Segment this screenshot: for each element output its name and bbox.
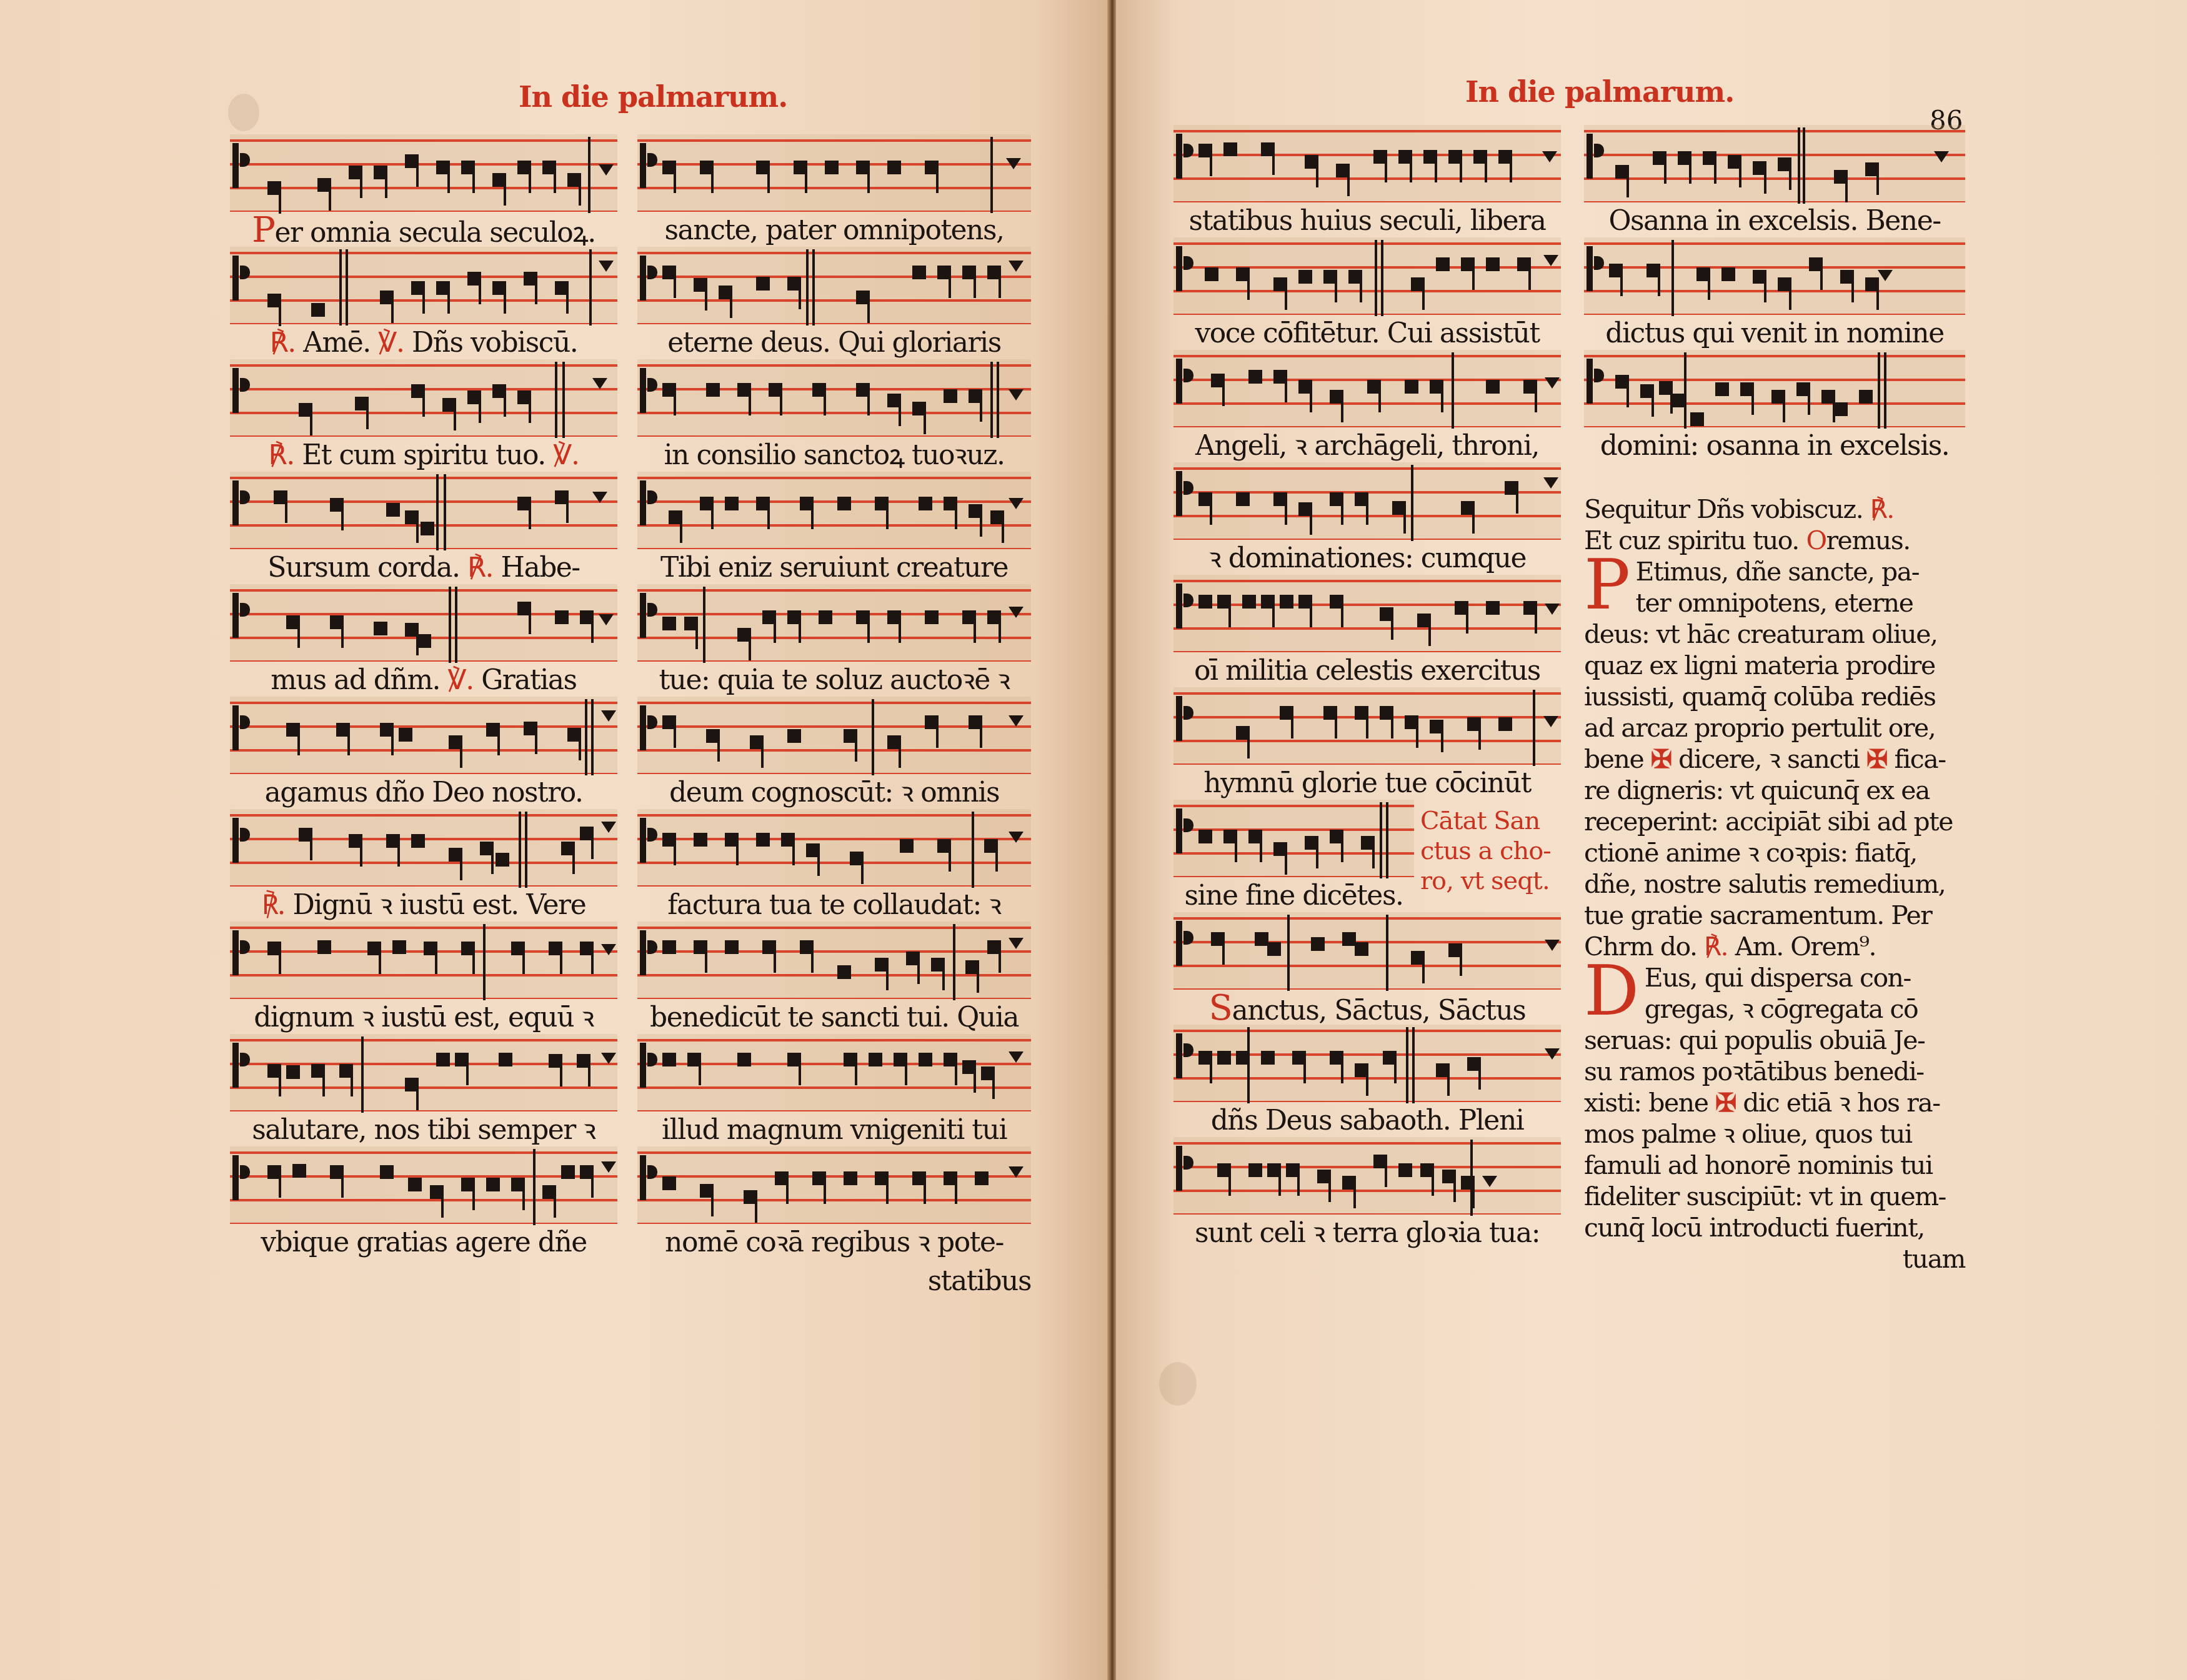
note-icon: [1330, 492, 1343, 506]
prose-line: Chrm do. ℟. Am. Orem⁹.: [1584, 931, 1965, 962]
chant-block: voce cōfitētur. Cui assistūt: [1173, 237, 1561, 350]
note-icon: [567, 173, 581, 187]
note-icon: [925, 715, 939, 729]
note-icon: [517, 497, 531, 510]
note-icon: [931, 958, 945, 972]
c-clef-icon: [232, 593, 255, 638]
note-icon: [1217, 1163, 1231, 1177]
note-icon: [1317, 1170, 1331, 1183]
note-icon: [875, 497, 889, 510]
note-icon: [517, 161, 531, 174]
c-clef-icon: [640, 593, 662, 638]
c-clef-icon: [232, 705, 255, 750]
note-icon: [1236, 726, 1250, 740]
prose-line: Et cuz spiritu tuo. Oremus.: [1584, 525, 1965, 556]
prose-line: cunq̄ locū introducti fuerint,: [1584, 1212, 1965, 1243]
c-clef-icon: [232, 368, 255, 413]
note-icon: [887, 610, 901, 624]
chant-block: hymnū glorie tue cōcinūt: [1173, 687, 1561, 800]
chant-block: ℟. Amē. ℣. Dñs vobiscū.: [230, 247, 617, 359]
note-icon: [812, 1171, 826, 1185]
staff: [230, 472, 617, 549]
bar-line: [589, 249, 592, 326]
staff: [637, 922, 1031, 999]
note-icon: [1430, 380, 1443, 394]
note-icon: [392, 940, 406, 954]
custos-icon: [1009, 832, 1024, 843]
lyric-line: hymnū glorie tue cōcinūt: [1173, 767, 1561, 800]
staff: [1584, 350, 1965, 427]
lyric-line: Sanctus, Sāctus, Sāctus: [1173, 992, 1561, 1025]
note-icon: [421, 522, 434, 535]
note-icon: [987, 940, 1001, 954]
note-icon: [405, 1078, 419, 1091]
note-icon: [436, 161, 450, 174]
bar-line: [1375, 240, 1377, 316]
lyric-line: sancte, pater omnipotens,: [637, 214, 1031, 247]
lyric-line: deum cognoscūt: ꝛ omnis: [637, 777, 1031, 809]
note-icon: [1367, 380, 1381, 394]
note-icon: [762, 610, 776, 624]
custos-icon: [1543, 255, 1558, 266]
c-clef-icon: [232, 1155, 255, 1200]
stain: [1159, 1362, 1197, 1406]
staff: [637, 359, 1031, 437]
lyric-text: dignum ꝛ iustū est, equū ꝛ: [254, 1002, 594, 1033]
c-clef-icon: [640, 256, 662, 301]
note-icon: [374, 622, 387, 635]
note-icon: [349, 834, 362, 848]
staff: [230, 359, 617, 437]
note-icon: [787, 1053, 801, 1066]
note-icon: [511, 942, 525, 955]
cross-icon: ✠: [1715, 1088, 1736, 1118]
note-icon: [900, 839, 914, 853]
note-icon: [1398, 150, 1412, 164]
lyric-line: ꝛ dominationes: cumque: [1173, 542, 1561, 575]
c-clef-icon: [640, 368, 662, 413]
note-icon: [286, 615, 300, 629]
note-icon: [1305, 836, 1318, 850]
staff: [637, 584, 1031, 662]
note-icon: [925, 610, 939, 624]
prose-line: su ramos poꝛtātibus benedi-: [1584, 1056, 1965, 1087]
custos-icon: [1545, 1048, 1560, 1060]
rubric-line: ro, vt seqt.: [1420, 866, 1551, 896]
note-icon: [1330, 1051, 1343, 1065]
bar-line: [953, 924, 955, 1000]
note-icon: [449, 735, 462, 749]
note-icon: [430, 1185, 444, 1199]
note-icon: [775, 1171, 789, 1185]
note-icon: [1273, 277, 1287, 291]
note-icon: [662, 1176, 676, 1190]
note-icon: [1640, 384, 1654, 398]
response-sign: ℟.: [270, 327, 304, 359]
note-icon: [1198, 830, 1212, 843]
running-head-right: In die palmarum.: [1465, 75, 1734, 109]
prose-line: ter omnipotens, eterne: [1584, 587, 1965, 619]
note-icon: [1380, 607, 1393, 621]
note-icon: [965, 960, 979, 974]
note-icon: [694, 833, 707, 847]
c-clef-icon: [1176, 359, 1198, 404]
lyric-line: Osanna in excelsis. Bene-: [1584, 205, 1965, 237]
c-clef-icon: [232, 818, 255, 863]
c-clef-icon: [1176, 1146, 1198, 1191]
note-icon: [299, 828, 312, 842]
note-icon: [1523, 601, 1537, 615]
prose-line: gregas, ꝛ cōgregata cō: [1584, 993, 1965, 1025]
initial-capital: O: [1806, 525, 1826, 555]
bar-line: [703, 587, 705, 663]
note-icon: [869, 1053, 882, 1066]
custos-icon: [599, 261, 614, 272]
note-icon: [1809, 257, 1823, 271]
note-icon: [1292, 1051, 1306, 1065]
staff: [230, 1034, 617, 1111]
note-icon: [1398, 1163, 1412, 1177]
note-icon: [367, 942, 381, 955]
note-icon: [542, 1185, 556, 1199]
bar-line: [525, 812, 527, 888]
lyric-line: vbique gratias agere dñe: [230, 1226, 617, 1259]
bar-line: [562, 362, 565, 438]
staff: [230, 584, 617, 662]
note-icon: [1653, 151, 1666, 165]
note-icon: [1505, 481, 1518, 495]
note-icon: [1355, 492, 1368, 506]
note-icon: [1615, 165, 1629, 179]
note-icon: [1467, 1057, 1481, 1071]
note-icon: [1448, 150, 1462, 164]
note-icon: [267, 942, 281, 955]
prose-line: iussisti, quamq̄ colūba rediēs: [1584, 681, 1965, 712]
note-icon: [492, 173, 506, 187]
lyric-text: Amē. ℣. Dñs vobiscū.: [303, 327, 577, 359]
response-sign: ℟.: [1870, 494, 1894, 524]
note-icon: [1198, 1051, 1212, 1065]
note-icon: [662, 1053, 676, 1066]
note-icon: [1486, 601, 1500, 615]
note-icon: [694, 940, 707, 954]
note-icon: [1834, 170, 1848, 184]
note-icon: [1261, 595, 1275, 609]
note-icon: [405, 510, 419, 524]
note-icon: [1461, 501, 1475, 515]
note-icon: [561, 1165, 575, 1179]
note-icon: [1436, 257, 1450, 271]
note-icon: [781, 833, 795, 847]
note-icon: [1455, 601, 1468, 615]
note-icon: [1696, 267, 1710, 281]
note-icon: [1778, 157, 1791, 171]
left-col-1: Per omnia secula seculoꝝ. ℟. Amē. ℣. Dñs…: [230, 134, 617, 1259]
lyric-line: factura tua te collaudat: ꝛ: [637, 889, 1031, 922]
response-sign: ℟.: [262, 889, 293, 921]
note-icon: [856, 161, 870, 174]
note-icon: [844, 1171, 857, 1185]
lyric-line: dñs Deus sabaoth. Pleni: [1173, 1105, 1561, 1137]
note-icon: [856, 610, 870, 624]
bar-line: [990, 362, 993, 438]
note-icon: [1361, 836, 1375, 850]
note-icon: [850, 852, 864, 865]
custos-icon: [1543, 716, 1558, 727]
prose-line: xisti: bene ✠ dic etiā ꝛ hos ra-: [1584, 1087, 1965, 1118]
lyric-text: Et cum spiritu tuo. ℣.: [302, 439, 579, 471]
note-icon: [987, 266, 1001, 279]
initial-capital: P: [252, 210, 274, 251]
note-icon: [1796, 382, 1810, 396]
note-icon: [756, 833, 770, 847]
custos-icon: [1543, 477, 1558, 489]
lyric-line: statibus huius seculi, libera: [1173, 205, 1561, 237]
book-gutter: [1107, 0, 1116, 1680]
staff: [230, 697, 617, 774]
note-icon: [700, 497, 714, 510]
note-icon: [737, 383, 751, 397]
note-icon: [286, 1065, 300, 1079]
note-icon: [411, 281, 425, 295]
note-icon: [737, 1053, 751, 1066]
bar-line: [1452, 352, 1454, 429]
bar-line: [1884, 352, 1886, 429]
lyric-text: mus ad dñm. ℣. Gratias: [271, 664, 576, 696]
c-clef-icon: [232, 256, 255, 301]
note-icon: [1778, 277, 1791, 291]
custos-icon: [1009, 1166, 1024, 1178]
staff: [1173, 1137, 1561, 1215]
note-icon: [467, 390, 481, 404]
note-icon: [267, 181, 281, 195]
note-icon: [1461, 257, 1475, 271]
custos-icon: [1009, 1051, 1024, 1063]
note-icon: [1217, 595, 1231, 609]
note-icon: [844, 1053, 857, 1066]
chant-block: Osanna in excelsis. Bene-: [1584, 125, 1965, 237]
bar-line: [1878, 352, 1880, 429]
note-icon: [725, 833, 739, 847]
custos-icon: [1009, 261, 1024, 272]
staff: [1173, 125, 1561, 202]
note-icon: [380, 291, 394, 304]
note-icon: [1859, 390, 1873, 404]
cross-icon: ✠: [1651, 744, 1671, 774]
bar-line: [483, 924, 486, 1000]
note-icon: [1383, 1051, 1397, 1065]
note-icon: [1498, 150, 1512, 164]
c-clef-icon: [640, 705, 662, 750]
chant-block: domini: osanna in excelsis.: [1584, 350, 1965, 462]
versicle-sign: ℟.: [467, 552, 493, 584]
note-icon: [944, 1053, 957, 1066]
prose-line: Eus, qui dispersa con-: [1584, 962, 1965, 993]
note-icon: [486, 1178, 500, 1191]
note-icon: [812, 383, 826, 397]
note-icon: [906, 952, 920, 965]
note-icon: [825, 161, 839, 174]
cross-icon: ✠: [1866, 744, 1887, 774]
lyric-text: agamus dño Deo nostro.: [265, 777, 583, 808]
note-icon: [750, 735, 764, 749]
c-clef-icon: [1176, 246, 1198, 291]
right-col-1: statibus huius seculi, libera voce cōfit…: [1173, 125, 1561, 1250]
chant-block: mus ad dñm. ℣. Gratias: [230, 584, 617, 697]
note-icon: [1355, 706, 1368, 720]
staff: [637, 1146, 1031, 1224]
note-icon: [1411, 951, 1425, 965]
custos-icon: [601, 822, 616, 833]
note-icon: [1405, 715, 1418, 729]
note-icon: [1330, 830, 1343, 843]
custos-icon: [1545, 940, 1560, 951]
note-icon: [1261, 142, 1275, 156]
note-icon: [837, 965, 851, 979]
staff: [637, 809, 1031, 887]
note-icon: [517, 390, 531, 404]
note-icon: [380, 723, 394, 737]
custos-icon: [599, 164, 614, 176]
lyric-line: Sursum corda. ℟. Habe-: [230, 552, 617, 584]
note-icon: [969, 389, 982, 403]
chant-block: ℟. Dignū ꝛ iustū est. Vere: [230, 809, 617, 922]
c-clef-icon: [1587, 246, 1609, 291]
prose-line: ctionē anime ꝛ coꝛpis: fiatq̄,: [1584, 837, 1965, 868]
note-icon: [1411, 277, 1425, 291]
note-icon: [756, 277, 770, 291]
note-icon: [962, 610, 976, 624]
lyric-line: tue: quia te soluz auctoꝛē ꝛ: [637, 664, 1031, 697]
note-icon: [1242, 595, 1256, 609]
chant-block: dignum ꝛ iustū est, equū ꝛ: [230, 922, 617, 1034]
chant-block: salutare, nos tibi semper ꝛ: [230, 1034, 617, 1146]
note-icon: [1498, 717, 1512, 731]
note-icon: [975, 1171, 989, 1185]
note-icon: [1248, 1163, 1262, 1177]
note-icon: [969, 504, 982, 518]
lyric-line: dictus qui venit in nomine: [1584, 317, 1965, 350]
staff: [1173, 350, 1561, 427]
note-icon: [1721, 267, 1735, 281]
note-icon: [1248, 370, 1262, 384]
note-icon: [1305, 155, 1318, 169]
note-icon: [669, 510, 682, 524]
note-icon: [330, 498, 344, 512]
note-icon: [875, 1171, 889, 1185]
note-icon: [317, 178, 331, 192]
note-icon: [1448, 943, 1462, 957]
note-icon: [1609, 264, 1623, 277]
lyric-text: anctus, Sāctus, Sāctus: [1232, 995, 1525, 1026]
bar-line: [339, 249, 342, 326]
collect-2: D Eus, qui dispersa con- gregas, ꝛ cōgre…: [1584, 962, 1965, 1243]
note-icon: [756, 497, 770, 510]
note-icon: [1248, 830, 1262, 843]
lyric-line: sine fine dicētes.: [1173, 880, 1414, 912]
note-icon: [555, 281, 569, 295]
custos-icon: [1009, 715, 1024, 727]
note-icon: [662, 617, 676, 630]
prose-text: Sequitur Dñs vobiscuz. ℟. Et cuz spiritu…: [1584, 494, 1965, 1275]
response-sign: ℟.: [1704, 932, 1728, 962]
rubric-line: ctus a cho-: [1420, 836, 1551, 866]
lyric-text: salutare, nos tibi semper ꝛ: [252, 1114, 595, 1146]
chant-block: oī militia celestis exercitus: [1173, 575, 1561, 687]
chant-block: agamus dño Deo nostro.: [230, 697, 617, 809]
note-icon: [1771, 390, 1785, 404]
prose-line: Sequitur Dñs vobiscuz. ℟.: [1584, 494, 1965, 525]
note-icon: [806, 843, 820, 857]
chant-block: Tibi eniz seruiunt creature: [637, 472, 1031, 584]
note-icon: [1273, 370, 1287, 384]
staff: [637, 697, 1031, 774]
note-icon: [887, 394, 901, 407]
chant-block: eterne deus. Qui gloriaris: [637, 247, 1031, 359]
note-icon: [1286, 1163, 1300, 1177]
note-icon: [1646, 264, 1660, 277]
note-icon: [461, 942, 475, 955]
custos-icon: [1482, 1176, 1497, 1187]
note-icon: [944, 389, 957, 403]
bar-line: [990, 137, 993, 213]
note-icon: [662, 715, 676, 729]
note-icon: [937, 266, 951, 279]
note-icon: [1517, 257, 1531, 271]
note-icon: [725, 497, 739, 510]
c-clef-icon: [1176, 696, 1198, 741]
staff: [1173, 912, 1561, 990]
note-icon: [694, 278, 707, 292]
chant-block: sunt celi ꝛ terra gloꝛia tua:: [1173, 1137, 1561, 1250]
prose-line: bene ✠ dicere, ꝛ sancti ✠ fica-: [1584, 743, 1965, 775]
staff: [637, 134, 1031, 212]
right-col-2: Osanna in excelsis. Bene- dictus qui ven…: [1584, 125, 1965, 462]
note-icon: [725, 940, 739, 954]
note-icon: [894, 1053, 907, 1066]
note-icon: [762, 940, 776, 954]
note-icon: [492, 384, 506, 398]
note-icon: [336, 723, 350, 737]
note-icon: [386, 834, 400, 848]
note-icon: [856, 291, 870, 304]
note-icon: [405, 623, 419, 637]
chant-block: sine fine dicētes. Cātat San ctus a cho-…: [1173, 800, 1561, 912]
catchword: tuam: [1584, 1243, 1965, 1275]
custos-icon: [601, 1053, 616, 1064]
bar-line: [1684, 352, 1686, 429]
bar-line: [361, 1036, 364, 1113]
note-icon: [1659, 381, 1673, 395]
note-icon: [549, 1054, 562, 1068]
note-icon: [856, 383, 870, 397]
note-icon: [937, 839, 951, 853]
bar-line: [1386, 915, 1388, 991]
note-icon: [912, 266, 926, 279]
note-icon: [912, 1171, 926, 1185]
prose-line: re digneris: vt quicunq̄ ex ea: [1584, 775, 1965, 806]
bar-line: [1287, 915, 1290, 991]
note-icon: [925, 161, 939, 174]
chant-block: nomē coꝛā regibus ꝛ pote-: [637, 1146, 1031, 1259]
chant-block: deum cognoscūt: ꝛ omnis: [637, 697, 1031, 809]
lyric-line: Angeli, ꝛ archāgeli, throni,: [1173, 430, 1561, 462]
bar-line: [1381, 240, 1383, 316]
custos-icon: [1009, 389, 1024, 400]
c-clef-icon: [640, 1043, 662, 1088]
prose-text-segment: Et cuz spiritu tuo.: [1584, 525, 1806, 555]
bar-line: [872, 699, 874, 775]
